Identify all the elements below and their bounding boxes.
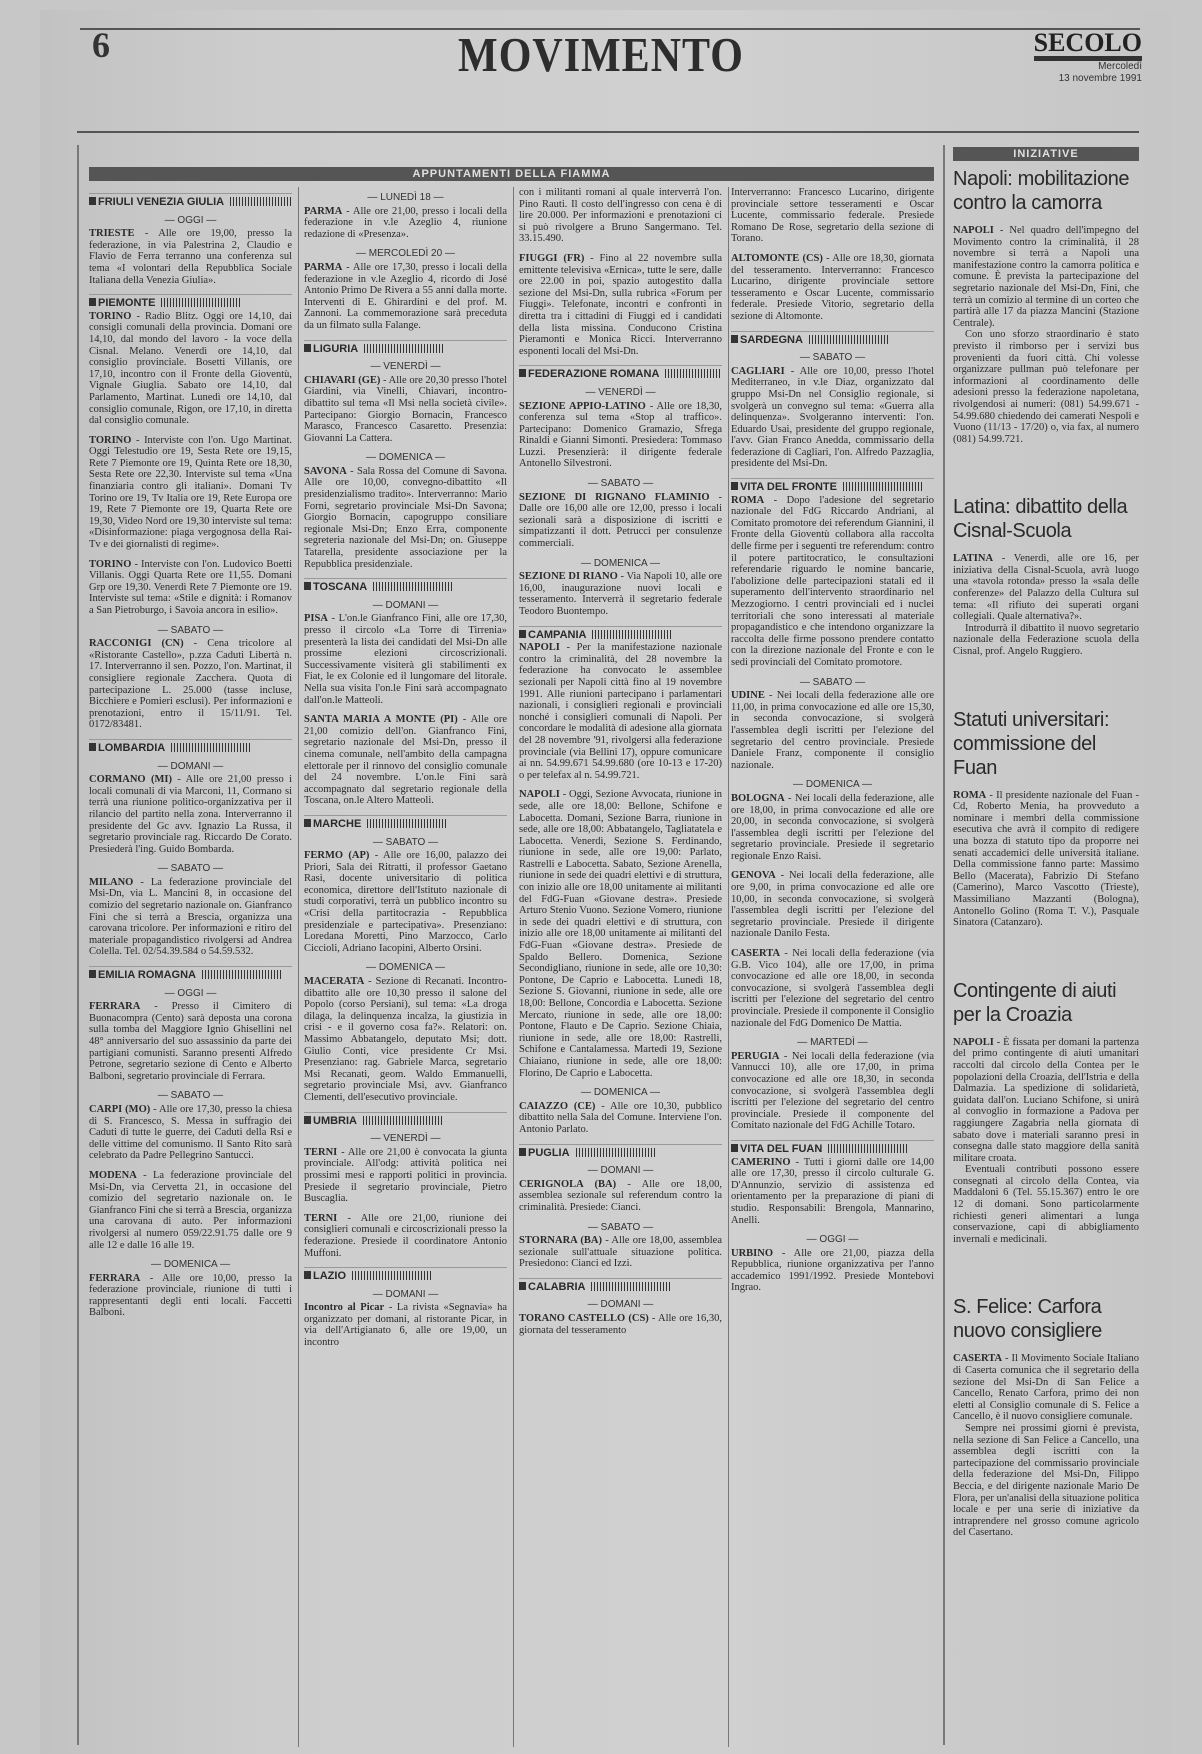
region-name: FRIULI VENEZIA GIULIA — [98, 196, 224, 208]
square-bullet-icon — [519, 369, 526, 377]
appointment-place: MODENA — [89, 1170, 137, 1181]
appointment-place: PARMA — [304, 262, 342, 273]
appointment-place: SEZIONE DI RIANO — [519, 571, 618, 582]
appointment-place: TERNI — [304, 1213, 337, 1224]
region-heading: PUGLIA — [519, 1144, 722, 1161]
appointment-item: PERUGIA - Nei locali della federazione (… — [731, 1051, 934, 1132]
day-heading: — VENERDÌ — — [304, 361, 507, 373]
appointment-item: TORINO - Interviste con l'on. Ludovico B… — [89, 559, 292, 617]
appointment-text: - La federazione provinciale del Msi-Dn,… — [89, 877, 292, 958]
square-bullet-icon — [304, 819, 311, 827]
appointment-place: NAPOLI — [519, 642, 560, 653]
appointment-text: - Alle ore 21,00 comizio dell'on. Gianfr… — [304, 714, 507, 806]
day-heading: — DOMENICA — — [304, 962, 507, 974]
day-heading: — DOMENICA — — [304, 452, 507, 464]
square-bullet-icon — [89, 197, 96, 205]
appointment-item: ALTOMONTE (CS) - Alle ore 18,30, giornat… — [731, 253, 934, 323]
appointment-item: Incontro al Picar - La rivista «Segnavia… — [304, 1302, 507, 1348]
hatch-rule-icon — [373, 582, 453, 591]
square-bullet-icon — [519, 1148, 526, 1156]
appointment-place: CAGLIARI — [731, 366, 785, 377]
region-name: UMBRIA — [313, 1115, 357, 1127]
day-heading: — SABATO — — [731, 352, 934, 364]
appointment-item: NAPOLI - Per la manifestazione nazionale… — [519, 642, 722, 781]
region-heading: UMBRIA — [304, 1112, 507, 1129]
article-dateline: LATINA — [953, 553, 993, 564]
region-heading: FEDERAZIONE ROMANA — [519, 365, 722, 382]
appointment-text: - Alle ore 16,00, palazzo dei Priori, Sa… — [304, 850, 507, 954]
initiatives-sidebar: INIZIATIVE Napoli: mobilitazione contro … — [943, 145, 1141, 1745]
appointment-text: - La federazione provinciale del Msi-Dn,… — [89, 1170, 292, 1251]
appointment-item: CASERTA - Nei locali della federazione (… — [731, 948, 934, 1029]
appointment-text: - Nei locali della federazione alle ore … — [731, 690, 934, 771]
region-name: TOSCANA — [313, 581, 367, 593]
appointment-place: STORNARA (BA) — [519, 1235, 602, 1246]
article-body: NAPOLI - Nel quadro dell'impegno del Mov… — [953, 225, 1139, 445]
appointment-item: SEZIONE DI RIGNANO FLAMINIO - Dalle ore … — [519, 492, 722, 550]
day-heading: — DOMANI — — [89, 761, 292, 773]
appointment-place: MILANO — [89, 877, 133, 888]
region-heading: LIGURIA — [304, 340, 507, 357]
region-name: VITA DEL FUAN — [740, 1143, 822, 1155]
appointment-place: TORANO CASTELLO (CS) — [519, 1313, 649, 1324]
hatch-rule-icon — [161, 298, 241, 307]
article-text: - Il presidente nazionale del Fuan - Cd,… — [953, 790, 1139, 929]
day-heading: — OGGI — — [89, 988, 292, 1000]
region-heading: CAMPANIA — [519, 626, 722, 643]
appointment-item: FERRARA - Presso il Cimitero di Buonacom… — [89, 1001, 292, 1082]
square-bullet-icon — [731, 482, 738, 490]
appointment-text: - Nei locali della federazione (via G.B.… — [731, 948, 934, 1029]
day-heading: — MARTEDÌ — — [731, 1037, 934, 1049]
appointment-item: FERRARA - Alle ore 10,00, presso la fede… — [89, 1273, 292, 1319]
appointment-text: - L'on.le Gianfranco Fini, alle ore 17,3… — [304, 613, 507, 705]
newspaper-logo: SECOLO Mercoledì 13 novembre 1991 — [1034, 30, 1142, 85]
day-heading: — DOMENICA — — [89, 1259, 292, 1271]
appointment-place: FERRARA — [89, 1273, 140, 1284]
appointment-place: CORMANO (MI) — [89, 774, 172, 785]
appointments-banner: APPUNTAMENTI DELLA FIAMMA — [89, 167, 934, 181]
day-heading: — VENERDÌ — — [304, 1133, 507, 1145]
region-heading: LOMBARDIA — [89, 739, 292, 756]
day-heading: — OGGI — — [731, 1234, 934, 1246]
article-paragraph: Sempre nei prossimi giorni è prevista, n… — [953, 1423, 1139, 1539]
hatch-rule-icon — [230, 197, 292, 206]
column-3: con i militanti romani al quale interver… — [519, 187, 722, 1344]
article-text: - È fissata per domani la partenza del p… — [953, 1037, 1139, 1164]
appointment-item: SANTA MARIA A MONTE (PI) - Alle ore 21,0… — [304, 714, 507, 807]
day-heading: — DOMANI — — [304, 1289, 507, 1301]
hatch-rule-icon — [364, 344, 444, 353]
article-paragraph: Con uno sforzo straordinario è stato pre… — [953, 329, 1139, 445]
appointment-item: RACCONIGI (CN) - Cena tricolore al «Rist… — [89, 638, 292, 731]
region-name: MARCHE — [313, 818, 361, 830]
appointment-item: MILANO - La federazione provinciale del … — [89, 877, 292, 958]
square-bullet-icon — [519, 630, 526, 638]
appointment-item: PARMA - Alle ore 21,00, presso i locali … — [304, 206, 507, 241]
appointment-place: PERUGIA — [731, 1051, 779, 1062]
sidebar-article: Statuti universitari: commissione del Fu… — [953, 708, 1139, 929]
appointment-item: CHIAVARI (GE) - Alle ore 20,30 presso l'… — [304, 375, 507, 445]
appointment-place: ALTOMONTE (CS) — [731, 253, 823, 264]
region-name: LIGURIA — [313, 343, 358, 355]
hatch-rule-icon — [592, 630, 672, 639]
sidebar-article: S. Felice: Carfora nuovo consigliereCASE… — [953, 1295, 1139, 1539]
appointment-text: - Alle ore 10,00, presso l'hotel Mediter… — [731, 366, 934, 470]
day-heading: — DOMENICA — — [731, 779, 934, 791]
article-headline: S. Felice: Carfora nuovo consigliere — [953, 1295, 1139, 1343]
square-bullet-icon — [519, 1282, 526, 1290]
appointment-text: - Radio Blitz. Oggi ore 14,10, dai consi… — [89, 311, 292, 426]
region-heading: TOSCANA — [304, 578, 507, 595]
article-dateline: NAPOLI — [953, 1037, 994, 1048]
appointment-item: MODENA - La federazione provinciale del … — [89, 1170, 292, 1251]
appointment-text: - Presso il Cimitero di Buonacompra (Cen… — [89, 1001, 292, 1082]
article-headline: Napoli: mobilitazione contro la camorra — [953, 167, 1139, 215]
day-heading: — VENERDÌ — — [519, 387, 722, 399]
appointment-place: NAPOLI — [519, 789, 560, 800]
appointment-text: - Dopo l'adesione del segretario naziona… — [731, 495, 934, 668]
region-heading: CALABRIA — [519, 1278, 722, 1295]
appointment-item: con i militanti romani al quale interver… — [519, 187, 722, 245]
appointment-item: URBINO - Alle ore 21,00, piazza della Re… — [731, 1248, 934, 1294]
appointment-place: FERRARA — [89, 1001, 140, 1012]
article-headline: Statuti universitari: commissione del Fu… — [953, 708, 1139, 780]
article-dateline: CASERTA — [953, 1353, 1002, 1364]
article-text: Eventuali contributi possono essere cons… — [953, 1164, 1139, 1245]
appointment-item: SEZIONE APPIO-LATINO - Alle ore 18,30, c… — [519, 401, 722, 471]
hatch-rule-icon — [576, 1148, 656, 1157]
appointment-item: FERMO (AP) - Alle ore 16,00, palazzo dei… — [304, 850, 507, 954]
region-name: SARDEGNA — [740, 334, 803, 346]
appointment-item: PISA - L'on.le Gianfranco Fini, alle ore… — [304, 613, 507, 706]
appointment-place: CASERTA — [731, 948, 780, 959]
region-heading: SARDEGNA — [731, 331, 934, 348]
hatch-rule-icon — [843, 482, 923, 491]
appointment-item: STORNARA (BA) - Alle ore 18,00, assemble… — [519, 1235, 722, 1270]
appointment-place: UDINE — [731, 690, 765, 701]
hatch-rule-icon — [809, 335, 889, 344]
appointment-place: CERIGNOLA (BA) — [519, 1179, 616, 1190]
appointment-text: - Nei locali della federazione (via Vann… — [731, 1051, 934, 1132]
region-name: LOMBARDIA — [98, 742, 165, 754]
region-heading: MARCHE — [304, 815, 507, 832]
column-4: Interverranno: Francesco Lucarino, dirig… — [731, 187, 934, 1302]
article-headline: Contingente di aiuti per la Croazia — [953, 979, 1139, 1027]
article-dateline: ROMA — [953, 790, 986, 801]
article-body: NAPOLI - È fissata per domani la partenz… — [953, 1037, 1139, 1246]
article-body: ROMA - Il presidente nazionale del Fuan … — [953, 790, 1139, 929]
hatch-rule-icon — [352, 1271, 432, 1280]
appointment-place: ROMA — [731, 495, 764, 506]
article-paragraph: ROMA - Il presidente nazionale del Fuan … — [953, 790, 1139, 929]
appointment-place: FIUGGI (FR) — [519, 253, 584, 264]
appointment-place: TORINO — [89, 435, 131, 446]
region-heading: PIEMONTE — [89, 294, 292, 311]
region-name: CAMPANIA — [528, 629, 586, 641]
region-heading: FRIULI VENEZIA GIULIA — [89, 193, 292, 210]
appointment-place: CAMERINO — [731, 1157, 791, 1168]
appointment-item: PARMA - Alle ore 17,30, presso i locali … — [304, 262, 507, 332]
issue-date: 13 novembre 1991 — [1034, 73, 1142, 85]
region-name: PUGLIA — [528, 1147, 570, 1159]
column-divider — [513, 187, 514, 1747]
appointment-place: MACERATA — [304, 976, 364, 987]
article-paragraph: LATINA - Venerdì, alle ore 16, per inizi… — [953, 553, 1139, 623]
article-headline: Latina: dibattito della Cisnal-Scuola — [953, 495, 1139, 543]
article-paragraph: Eventuali contributi possono essere cons… — [953, 1164, 1139, 1245]
day-heading: — SABATO — — [731, 677, 934, 689]
appointment-text: Interverranno: Francesco Lucarino, dirig… — [731, 187, 934, 244]
appointment-place: Incontro al Picar — [304, 1302, 384, 1313]
appointment-item: TRIESTE - Alle ore 19,00, presso la fede… — [89, 228, 292, 286]
region-name: FEDERAZIONE ROMANA — [528, 368, 659, 380]
column-divider — [728, 187, 729, 1747]
appointment-item: UDINE - Nei locali della federazione all… — [731, 690, 934, 771]
appointment-item: SEZIONE DI RIANO - Via Napoli 10, alle o… — [519, 571, 722, 617]
hatch-rule-icon — [202, 970, 282, 979]
column-1: FRIULI VENEZIA GIULIA— OGGI —TRIESTE - A… — [89, 187, 292, 1327]
appointment-item: TORINO - Radio Blitz. Oggi ore 14,10, da… — [89, 311, 292, 427]
appointment-item: FIUGGI (FR) - Fino al 22 novembre sulla … — [519, 253, 722, 357]
appointment-place: RACCONIGI (CN) — [89, 638, 184, 649]
appointment-item: CAMERINO - Tutti i giorni dalle ore 14,0… — [731, 1157, 934, 1227]
appointment-item: CORMANO (MI) - Alle ore 21,00 presso i l… — [89, 774, 292, 855]
appointment-text: - Cena tricolore al «Ristorante Castello… — [89, 638, 292, 730]
day-heading: — SABATO — — [89, 625, 292, 637]
appointment-item: GENOVA - Nei locali della federazione, a… — [731, 870, 934, 940]
appointment-text: - Alle ore 21,00 presso i locali comunal… — [89, 774, 292, 855]
column-divider — [298, 187, 299, 1747]
section-title: MOVIMENTO — [0, 28, 1202, 83]
issue-weekday: Mercoledì — [1034, 61, 1142, 73]
region-heading: EMILIA ROMAGNA — [89, 966, 292, 983]
hatch-rule-icon — [828, 1144, 908, 1153]
article-dateline: NAPOLI — [953, 225, 994, 236]
appointment-item: CERIGNOLA (BA) - Alle ore 18,00, assembl… — [519, 1179, 722, 1214]
region-name: CALABRIA — [528, 1281, 585, 1293]
hatch-rule-icon — [665, 369, 722, 378]
hatch-rule-icon — [591, 1282, 671, 1291]
appointment-item: TORINO - Interviste con l'on. Ugo Martin… — [89, 435, 292, 551]
region-name: EMILIA ROMAGNA — [98, 969, 196, 981]
appointment-item: BOLOGNA - Nei locali della federazione, … — [731, 793, 934, 863]
article-text: - Nel quadro dell'impegno del Movimento … — [953, 225, 1139, 329]
appointment-item: TERNI - Alle ore 21,00, riunione dei con… — [304, 1213, 507, 1259]
appointment-place: CARPI (MO) — [89, 1104, 150, 1115]
appointment-item: SAVONA - Sala Rossa del Comune di Savona… — [304, 466, 507, 570]
appointment-place: URBINO — [731, 1248, 773, 1259]
hatch-rule-icon — [171, 743, 251, 752]
appointment-item: MACERATA - Sezione di Recanati. Incontro… — [304, 976, 507, 1104]
appointment-text: - Sala Rossa del Comune di Savona. Alle … — [304, 466, 507, 570]
article-paragraph: Introdurrà il dibattito il nuovo segreta… — [953, 623, 1139, 658]
region-name: PIEMONTE — [98, 297, 155, 309]
appointment-text: con i militanti romani al quale interver… — [519, 187, 722, 244]
appointment-item: TERNI - Alle ore 21,00 è convocata la gi… — [304, 1147, 507, 1205]
hatch-rule-icon — [363, 1116, 443, 1125]
square-bullet-icon — [89, 743, 96, 751]
day-heading: — DOMENICA — — [519, 1087, 722, 1099]
square-bullet-icon — [304, 582, 311, 590]
day-heading: — LUNEDÌ 18 — — [304, 192, 507, 204]
appointment-item: CAIAZZO (CE) - Alle ore 10,30, pubblico … — [519, 1101, 722, 1136]
day-heading: — OGGI — — [89, 215, 292, 227]
article-paragraph: NAPOLI - Nel quadro dell'impegno del Mov… — [953, 225, 1139, 329]
appointment-text: - Sezione di Recanati. Incontro-dibattit… — [304, 976, 507, 1103]
region-name: LAZIO — [313, 1270, 346, 1282]
region-heading: VITA DEL FRONTE — [731, 478, 934, 495]
appointment-text: - Fino al 22 novembre sulla emittente te… — [519, 253, 722, 357]
day-heading: — DOMANI — — [519, 1299, 722, 1311]
article-body: CASERTA - Il Movimento Sociale Italiano … — [953, 1353, 1139, 1539]
appointment-place: PISA — [304, 613, 328, 624]
appointment-item: NAPOLI - Oggi, Sezione Avvocata, riunion… — [519, 789, 722, 1079]
appointment-place: TORINO — [89, 311, 131, 322]
day-heading: — SABATO — — [304, 837, 507, 849]
article-text: Introdurrà il dibattito il nuovo segreta… — [953, 623, 1139, 657]
region-heading: LAZIO — [304, 1267, 507, 1284]
region-name: VITA DEL FRONTE — [740, 481, 837, 493]
day-heading: — DOMANI — — [304, 600, 507, 612]
sidebar-article: Latina: dibattito della Cisnal-ScuolaLAT… — [953, 495, 1139, 657]
initiatives-banner: INIZIATIVE — [953, 147, 1139, 161]
square-bullet-icon — [304, 344, 311, 352]
day-heading: — SABATO — — [519, 1222, 722, 1234]
day-heading: — SABATO — — [89, 1090, 292, 1102]
appointment-item: TORANO CASTELLO (CS) - Alle ore 16,30, g… — [519, 1313, 722, 1336]
appointment-place: CHIAVARI (GE) — [304, 375, 380, 386]
appointment-place: BOLOGNA — [731, 793, 785, 804]
sidebar-article: Contingente di aiuti per la CroaziaNAPOL… — [953, 979, 1139, 1246]
day-heading: — SABATO — — [89, 863, 292, 875]
appointment-item: ROMA - Dopo l'adesione del segretario na… — [731, 495, 934, 669]
appointment-place: FERMO (AP) — [304, 850, 369, 861]
region-heading: VITA DEL FUAN — [731, 1140, 934, 1157]
appointment-text: - Per la manifestazione nazionale contro… — [519, 642, 722, 781]
appointment-place: SAVONA — [304, 466, 347, 477]
day-heading: — DOMANI — — [519, 1165, 722, 1177]
article-text: Con uno sforzo straordinario è stato pre… — [953, 329, 1139, 444]
appointment-place: TORINO — [89, 559, 131, 570]
day-heading: — MERCOLEDÌ 20 — — [304, 248, 507, 260]
article-paragraph: CASERTA - Il Movimento Sociale Italiano … — [953, 1353, 1139, 1423]
square-bullet-icon — [89, 970, 96, 978]
square-bullet-icon — [731, 1144, 738, 1152]
appointment-text: - Interviste con l'on. Ugo Martinat. Ogg… — [89, 435, 292, 550]
appointments-section: APPUNTAMENTI DELLA FIAMMA FRIULI VENEZIA… — [77, 145, 937, 1745]
appointment-item: CAGLIARI - Alle ore 10,00, presso l'hote… — [731, 366, 934, 470]
appointment-item: Interverranno: Francesco Lucarino, dirig… — [731, 187, 934, 245]
appointment-place: TRIESTE — [89, 228, 135, 239]
appointment-place: SEZIONE APPIO-LATINO — [519, 401, 646, 412]
article-text: Sempre nei prossimi giorni è prevista, n… — [953, 1423, 1139, 1538]
square-bullet-icon — [304, 1271, 311, 1279]
square-bullet-icon — [731, 335, 738, 343]
day-heading: — SABATO — — [519, 478, 722, 490]
sidebar-articles: Napoli: mobilitazione contro la camorraN… — [953, 167, 1139, 1589]
appointment-place: GENOVA — [731, 870, 776, 881]
appointment-item: CARPI (MO) - Alle ore 17,30, presso la c… — [89, 1104, 292, 1162]
logo-name: SECOLO — [1034, 30, 1142, 61]
appointment-place: SANTA MARIA A MONTE (PI) — [304, 714, 458, 725]
appointment-text: - Oggi, Sezione Avvocata, riunione in se… — [519, 789, 722, 1078]
appointment-place: TERNI — [304, 1147, 337, 1158]
content-frame: APPUNTAMENTI DELLA FIAMMA FRIULI VENEZIA… — [77, 131, 1139, 1753]
sidebar-article: Napoli: mobilitazione contro la camorraN… — [953, 167, 1139, 445]
square-bullet-icon — [89, 298, 96, 306]
appointment-place: CAIAZZO (CE) — [519, 1101, 595, 1112]
appointment-place: PARMA — [304, 206, 342, 217]
day-heading: — DOMENICA — — [519, 558, 722, 570]
hatch-rule-icon — [367, 819, 447, 828]
appointment-place: SEZIONE DI RIGNANO FLAMINIO — [519, 492, 710, 503]
square-bullet-icon — [304, 1116, 311, 1124]
article-paragraph: NAPOLI - È fissata per domani la partenz… — [953, 1037, 1139, 1165]
column-2: — LUNEDÌ 18 —PARMA - Alle ore 21,00, pre… — [304, 187, 507, 1357]
article-body: LATINA - Venerdì, alle ore 16, per inizi… — [953, 553, 1139, 657]
